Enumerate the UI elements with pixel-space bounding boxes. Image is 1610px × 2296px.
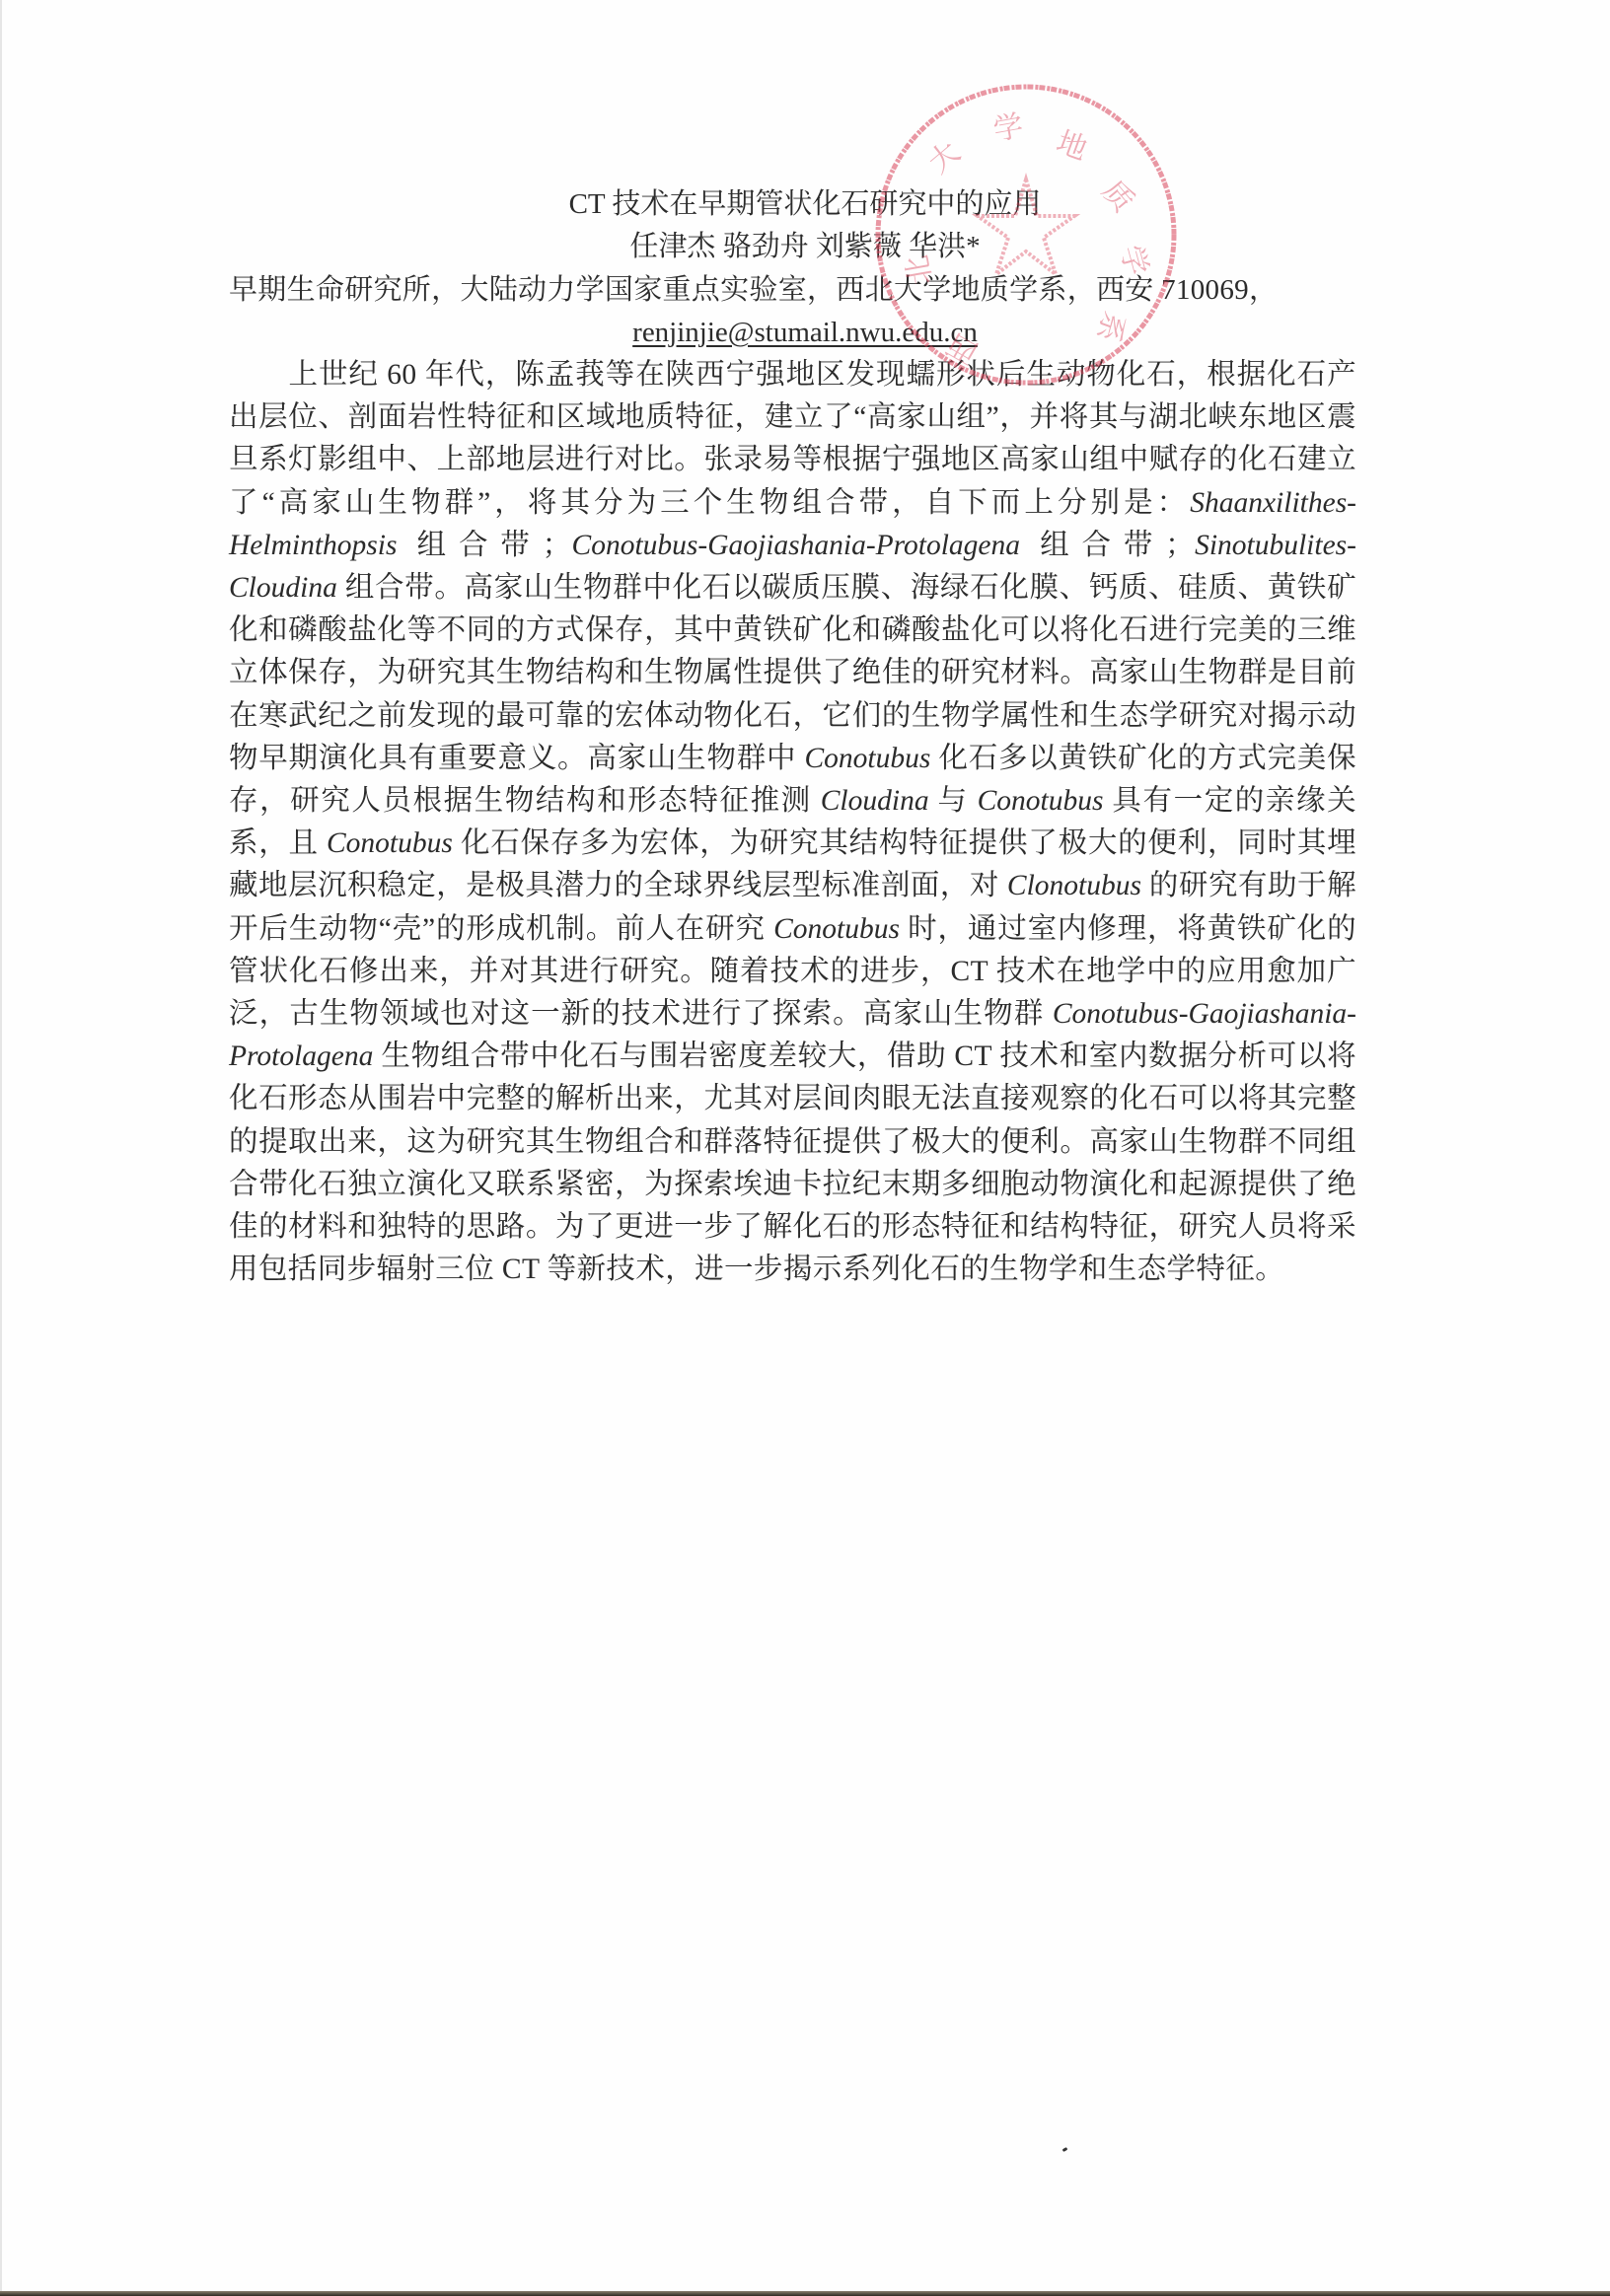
abstract-paragraph: 上世纪 60 年代，陈孟莪等在陕西宁强地区发现蠕形状后生动物化石，根据化石产出层… <box>229 354 1356 1291</box>
body-text-run: 生物组合带中化石与围岩密度差较大，借助 CT 技术和室内数据分析可以将化石形态从… <box>229 1040 1356 1285</box>
scan-speck <box>1062 2147 1068 2152</box>
svg-text:大: 大 <box>922 135 967 180</box>
scan-bottom-edge <box>0 2291 1610 2296</box>
taxon-name: Conotubus <box>978 785 1104 817</box>
taxon-name: Cloudina <box>821 785 929 817</box>
svg-text:地: 地 <box>1052 125 1091 168</box>
body-text-run: 组合带； <box>397 530 571 561</box>
svg-text:学: 学 <box>990 108 1026 148</box>
author-list: 任津杰 骆劲舟 刘紫薇 华洪* <box>0 226 1610 268</box>
taxon-name: Conotubus <box>327 827 453 859</box>
body-text-run: 与 <box>929 785 978 817</box>
body-text-run: 上世纪 60 年代，陈孟莪等在陕西宁强地区发现蠕形状后生动物化石，根据化石产出层… <box>229 359 1356 519</box>
document-page: CT 技术在早期管状化石研究中的应用 任津杰 骆劲舟 刘紫薇 华洪* 早期生命研… <box>0 0 1610 2296</box>
taxon-name: Conotubus <box>773 913 900 945</box>
email-line: renjinjie@stumail.nwu.edu.cn <box>0 312 1610 354</box>
taxon-name: Clonotubus <box>1007 870 1141 901</box>
body-text-run: 组合带； <box>1020 530 1195 561</box>
author-email-link[interactable]: renjinjie@stumail.nwu.edu.cn <box>632 317 978 348</box>
affiliation: 早期生命研究所，大陆动力学国家重点实验室，西北大学地质学系，西安 710069， <box>229 269 1356 312</box>
abstract-body: 上世纪 60 年代，陈孟莪等在陕西宁强地区发现蠕形状后生动物化石，根据化石产出层… <box>229 354 1356 1291</box>
taxon-name: Conotubus-Gaojiashania-Protolagena <box>572 530 1021 561</box>
document-title: CT 技术在早期管状化石研究中的应用 <box>0 183 1610 226</box>
taxon-name: Conotubus <box>804 743 930 774</box>
